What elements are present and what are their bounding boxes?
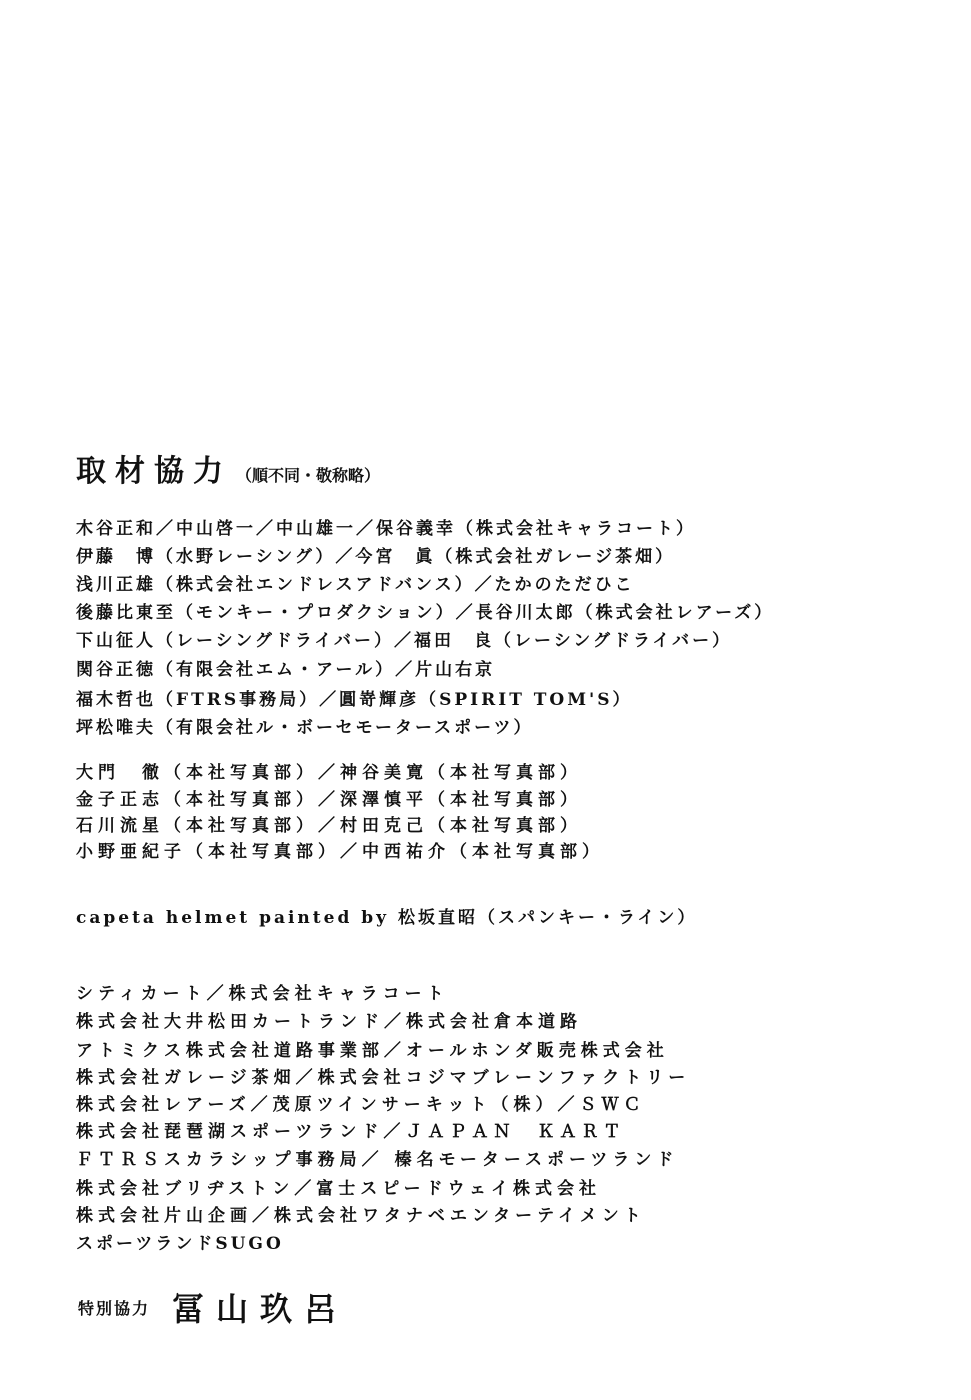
photo-credit-line: 小野亜紀子（本社写真部）／中西祐介（本社写真部） — [76, 842, 604, 862]
photo-credit-line: 大門 徹（本社写真部）／神谷美寛（本社写真部） — [76, 763, 582, 783]
photo-credit-line: 石川流星（本社写真部）／村田克己（本社写真部） — [76, 816, 582, 836]
company-credit-line: アトミクス株式会社道路事業部／オールホンダ販売株式会社 — [76, 1041, 669, 1061]
company-credit-line: 株式会社ブリヂストン／富士スピードウェイ株式会社 — [76, 1179, 601, 1199]
company-credit-line: シティカート／株式会社キャラコート — [76, 984, 449, 1004]
helmet-credit-line: capeta helmet painted by 松坂直昭（スパンキー・ライン） — [76, 908, 697, 928]
credit-line: 後藤比東至（モンキー・プロダクション）／長谷川太郎（株式会社レアーズ） — [76, 603, 774, 623]
company-credit-line: ＦＴＲＳスカラシップ事務局／ 榛名モータースポーツランド — [76, 1150, 678, 1170]
credit-line: 下山征人（レーシングドライバー）／福田 良（レーシングドライバー） — [76, 631, 732, 651]
credit-line: 伊藤 博（水野レーシング）／今宮 眞（株式会社ガレージ茶畑） — [76, 547, 675, 567]
special-cooperation: 特別協力 冨山玖呂 — [78, 1284, 348, 1330]
company-credit-line: 株式会社大井松田カートランド／株式会社倉本道路 — [76, 1012, 582, 1032]
credit-line: 関谷正徳（有限会社エム・アール）／片山右京 — [76, 660, 495, 680]
credit-line: 浅川正雄（株式会社エンドレスアドバンス）／たかのただひこ — [76, 575, 635, 595]
company-credit-line: 株式会社片山企画／株式会社ワタナベエンターテイメント — [76, 1206, 646, 1226]
special-name: 冨山玖呂 — [172, 1284, 348, 1330]
credit-line: 福木哲也（FTRS事務局）／圓嵜輝彦（SPIRIT TOM'S） — [76, 690, 633, 710]
company-credit-line: 株式会社ガレージ茶畑／株式会社コジマブレーンファクトリー — [76, 1068, 690, 1088]
company-credit-line: 株式会社琵琶湖スポーツランド／ＪＡＰＡＮ ＫＡＲＴ — [76, 1122, 625, 1142]
heading-title: 取材協力 — [76, 446, 232, 490]
credit-line: 木谷正和／中山啓一／中山雄一／保谷義幸（株式会社キャラコート） — [76, 519, 696, 539]
credits-heading: 取材協力 （順不同・敬称略） — [76, 446, 380, 490]
company-credit-line: スポーツランドSUGO — [76, 1234, 284, 1254]
special-label: 特別協力 — [78, 1296, 150, 1319]
photo-credit-line: 金子正志（本社写真部）／深澤慎平（本社写真部） — [76, 790, 582, 810]
company-credit-line: 株式会社レアーズ／茂原ツインサーキット（株）／ＳＷＣ — [76, 1095, 645, 1115]
heading-subtitle: （順不同・敬称略） — [236, 463, 380, 486]
credits-page: 取材協力 （順不同・敬称略） 木谷正和／中山啓一／中山雄一／保谷義幸（株式会社キ… — [0, 0, 971, 1400]
credit-line: 坪松唯夫（有限会社ル・ボーセモータースポーツ） — [76, 718, 533, 738]
